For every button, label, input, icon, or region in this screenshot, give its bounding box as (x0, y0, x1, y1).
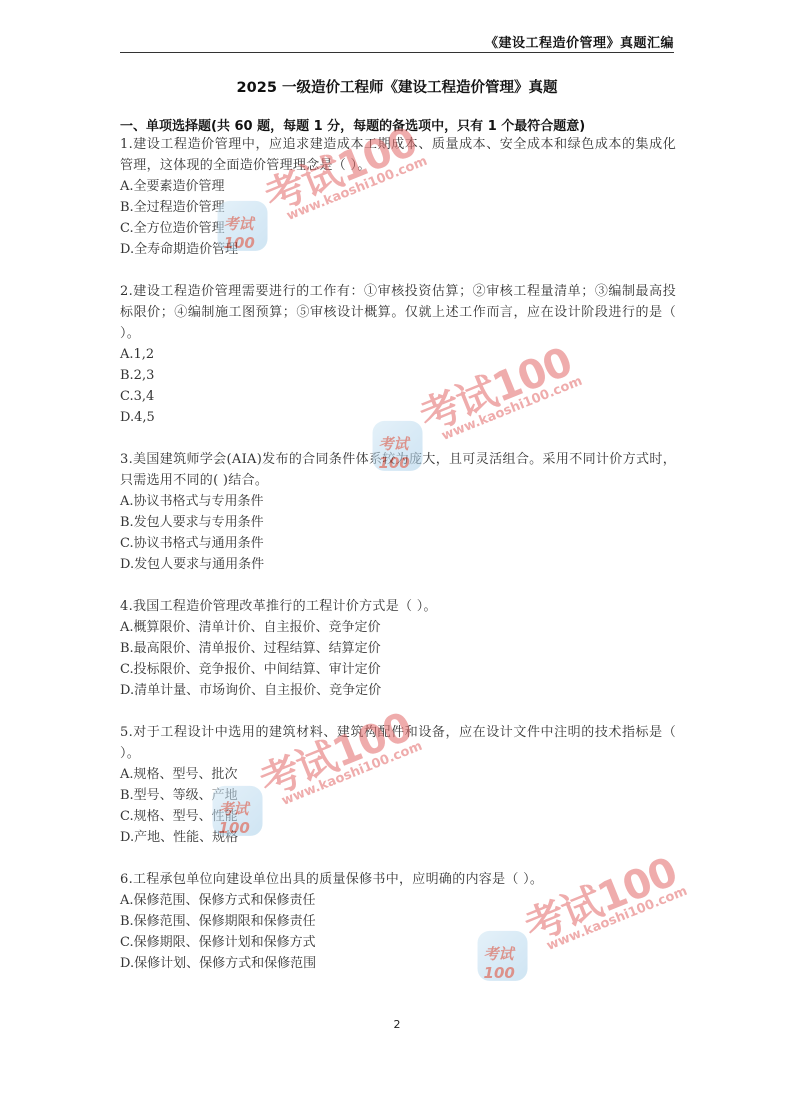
option-d: D.发包人要求与通用条件 (120, 554, 676, 575)
page-number: 2 (0, 1018, 794, 1031)
question-stem: 3.美国建筑师学会(AIA)发布的合同条件体系较为庞大，且可灵活组合。采用不同计… (120, 449, 676, 491)
option-b: B.保修范围、保修期限和保修责任 (120, 911, 676, 932)
option-a: A.保修范围、保修方式和保修责任 (120, 890, 676, 911)
option-a: A.全要素造价管理 (120, 176, 676, 197)
option-c: C.投标限价、竞争报价、中间结算、审计定价 (120, 659, 676, 680)
question-stem: 6.工程承包单位向建设单位出具的质量保修书中，应明确的内容是（ ）。 (120, 869, 676, 890)
option-c: C.规格、型号、性能 (120, 806, 676, 827)
question-4: 4.我国工程造价管理改革推行的工程计价方式是（ ）。 A.概算限价、清单计价、自… (120, 596, 676, 701)
option-d: D.保修计划、保修方式和保修范围 (120, 953, 676, 974)
question-list: 1.建设工程造价管理中，应追求建造成本工期成本、质量成本、安全成本和绿色成本的集… (120, 134, 676, 995)
option-c: C.保修期限、保修计划和保修方式 (120, 932, 676, 953)
question-stem: 5.对于工程设计中选用的建筑材料、建筑构配件和设备，应在设计文件中注明的技术指标… (120, 722, 676, 764)
question-1: 1.建设工程造价管理中，应追求建造成本工期成本、质量成本、安全成本和绿色成本的集… (120, 134, 676, 260)
option-b: B.最高限价、清单报价、过程结算、结算定价 (120, 638, 676, 659)
option-a: A.概算限价、清单计价、自主报价、竞争定价 (120, 617, 676, 638)
question-5: 5.对于工程设计中选用的建筑材料、建筑构配件和设备，应在设计文件中注明的技术指标… (120, 722, 676, 848)
option-b: B.全过程造价管理 (120, 197, 676, 218)
option-a: A.规格、型号、批次 (120, 764, 676, 785)
question-stem: 2.建设工程造价管理需要进行的工作有：①审核投资估算；②审核工程量清单；③编制最… (120, 281, 676, 344)
option-b: B.型号、等级、产地 (120, 785, 676, 806)
question-6: 6.工程承包单位向建设单位出具的质量保修书中，应明确的内容是（ ）。 A.保修范… (120, 869, 676, 974)
option-d: D.全寿命期造价管理 (120, 239, 676, 260)
option-b: B.2,3 (120, 365, 676, 386)
option-c: C.协议书格式与通用条件 (120, 533, 676, 554)
option-c: C.全方位造价管理 (120, 218, 676, 239)
question-stem: 4.我国工程造价管理改革推行的工程计价方式是（ ）。 (120, 596, 676, 617)
question-2: 2.建设工程造价管理需要进行的工作有：①审核投资估算；②审核工程量清单；③编制最… (120, 281, 676, 428)
option-d: D.4,5 (120, 407, 676, 428)
option-c: C.3,4 (120, 386, 676, 407)
page-header: 《建设工程造价管理》真题汇编 (120, 32, 674, 53)
question-stem: 1.建设工程造价管理中，应追求建造成本工期成本、质量成本、安全成本和绿色成本的集… (120, 134, 676, 176)
option-a: A.1,2 (120, 344, 676, 365)
running-title: 《建设工程造价管理》真题汇编 (485, 32, 674, 51)
option-d: D.清单计量、市场询价、自主报价、竞争定价 (120, 680, 676, 701)
option-d: D.产地、性能、规格 (120, 827, 676, 848)
option-b: B.发包人要求与专用条件 (120, 512, 676, 533)
option-a: A.协议书格式与专用条件 (120, 491, 676, 512)
document-title: 2025 一级造价工程师《建设工程造价管理》真题 (0, 76, 794, 97)
section-heading: 一、单项选择题(共 60 题，每题 1 分，每题的备选项中，只有 1 个最符合题… (120, 115, 585, 134)
question-3: 3.美国建筑师学会(AIA)发布的合同条件体系较为庞大，且可灵活组合。采用不同计… (120, 449, 676, 575)
